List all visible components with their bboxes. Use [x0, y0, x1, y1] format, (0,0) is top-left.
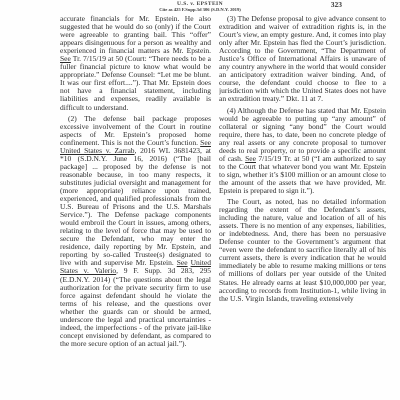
text-run: (3) The Defense proposal to give advance…	[219, 15, 386, 103]
text-columns: accurate financials for Mr. Epstein. He …	[0, 12, 400, 397]
text-run: Tr. 7/15/19 at 50 (Court: “There needs t…	[60, 54, 211, 111]
document-page: U.S. v. EPSTEIN Cite as 425 F.Supp.3d 30…	[0, 0, 400, 400]
text-run: The Court, as noted, has no detailed inf…	[219, 197, 386, 303]
paragraph: accurate financials for Mr. Epstein. He …	[60, 15, 211, 112]
paragraph: The Court, as noted, has no detailed inf…	[219, 198, 386, 303]
page-number: 323	[331, 0, 342, 9]
paragraph: (4) Although the Defense has stated that…	[219, 107, 386, 196]
text-run: , 2016 WL 3681423, at *10 (S.D.N.Y. June…	[60, 146, 211, 268]
text-run: , 9 F. Supp. 3d 283, 295 (E.D.N.Y. 2014)…	[60, 266, 211, 347]
left-column: accurate financials for Mr. Epstein. He …	[60, 15, 211, 397]
right-column: (3) The Defense proposal to give advance…	[219, 15, 386, 397]
paragraph: (3) The Defense proposal to give advance…	[219, 15, 386, 104]
paragraph: (2) The defense bail package proposes ex…	[60, 115, 211, 348]
text-run: accurate financials for Mr. Epstein. He …	[60, 15, 211, 55]
text-run: (2) The defense bail package proposes ex…	[60, 114, 211, 147]
